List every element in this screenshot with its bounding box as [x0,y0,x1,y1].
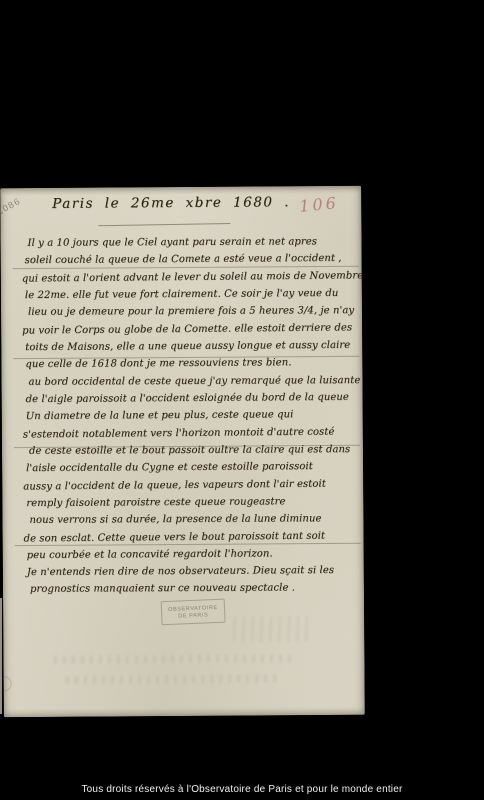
underlying-page-edge [0,598,2,714]
manuscript-line: prognostics manquaient sur ce nouveau sp… [30,582,295,594]
manuscript-line: Un diametre de la lune et peu plus, cest… [26,409,294,422]
manuscript-line: qui estoit a l'orient advant le lever du… [22,270,364,284]
stamp-line-2: DE PARIS [178,612,208,619]
manuscript-line: remply faisoient paroistre ceste queue r… [26,496,285,509]
manuscript-page-scan: Paris le 26me xbre 1680 . 106 2086 Il y … [0,186,365,718]
manuscript-line: aussy a l'occident de la queue, les vape… [23,479,326,493]
manuscript-line: Il y a 10 jours que le Ciel ayant paru s… [28,236,318,249]
manuscript-line: de l'aigle paroissoit a l'occident esloi… [26,392,349,405]
manuscript-line: nous verrons si sa durée, la presence de… [29,513,321,526]
manuscript-line: soleil couché la queue de la Comete a es… [25,253,342,266]
manuscript-line: l'aisle occidentalle du Cygne et ceste e… [26,461,313,474]
copyright-caption: Tous droits réservés à l'Observatoire de… [0,784,484,795]
manuscript-line: pu voir le Corps ou globe de la Comette.… [22,322,352,336]
stamp-line-1: OBSERVATOIRE [168,604,218,612]
observatory-stamp: OBSERVATOIRE DE PARIS [161,599,226,626]
manuscript-line: lieu ou je demeure pour la premiere fois… [28,305,354,318]
manuscript-line: toits de Maisons, elle a une queue aussy… [25,340,350,353]
bleedthrough-mark [64,674,279,684]
manuscript-line: s'estendoit notablement vers l'horizon m… [23,427,335,441]
bleedthrough-mark [51,654,296,664]
manuscript-line: au bord occidental de ceste queue j'ay r… [28,375,360,388]
manuscript-line: le 22me. elle fut veue fort clairement. … [25,288,339,301]
bleedthrough-mark [231,616,309,643]
manuscript-line: que celle de 1618 dont je me ressouviens… [25,357,291,370]
manuscript-line: Je n'entends rien dire de nos observateu… [27,565,334,578]
manuscript-line: peu courbée et la concavité regardoit l'… [27,548,273,561]
